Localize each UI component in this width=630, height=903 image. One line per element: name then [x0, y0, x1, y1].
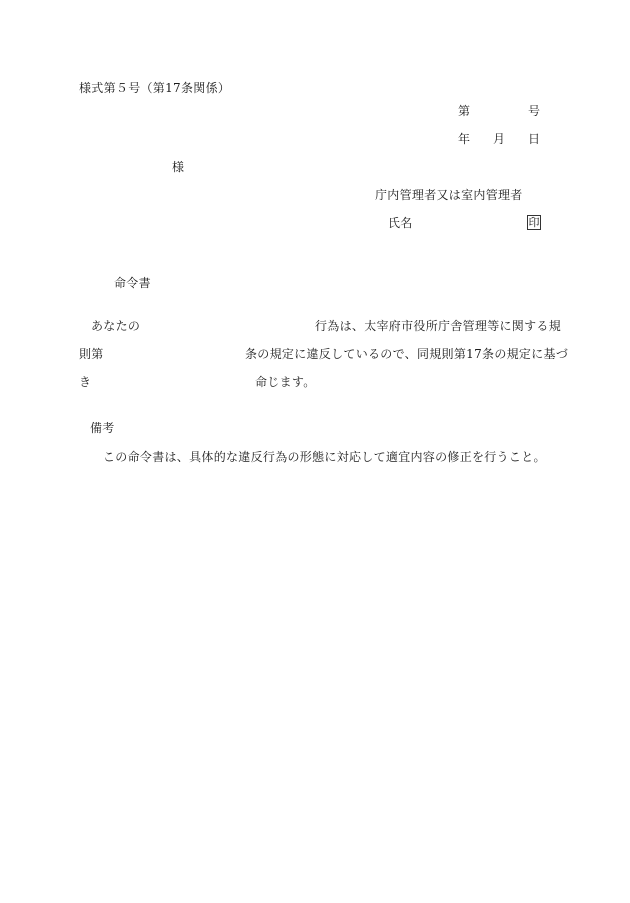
- date-day: 日: [528, 132, 540, 146]
- remarks-heading: 備考: [90, 421, 115, 435]
- remarks-text: この命令書は、具体的な違反行為の形態に対応して適宜内容の修正を行うこと。: [103, 450, 546, 464]
- body-line2-end: 条の規定に違反しているので、同規則第17条の規定に基づ: [245, 347, 568, 361]
- seal-icon: 印: [527, 215, 541, 230]
- issuer-title: 庁内管理者又は室内管理者: [375, 188, 523, 202]
- body-line3-start: き: [79, 375, 91, 389]
- body-line2-start: 則第: [79, 347, 104, 361]
- date-year: 年: [458, 132, 470, 146]
- form-label: 様式第５号（第17条関係）: [79, 81, 230, 95]
- number-suffix: 号: [528, 104, 540, 118]
- body-line1-end: 行為は、太宰府市役所庁舎管理等に関する規: [315, 319, 561, 333]
- body-line3-end: 命じます。: [255, 375, 316, 389]
- date-month: 月: [493, 132, 505, 146]
- addressee-honorific: 様: [172, 160, 184, 174]
- body-line1-start: あなたの: [91, 319, 140, 333]
- issuer-name-label: 氏名: [388, 216, 413, 230]
- document-title: 命令書: [114, 276, 151, 290]
- number-prefix: 第: [458, 104, 470, 118]
